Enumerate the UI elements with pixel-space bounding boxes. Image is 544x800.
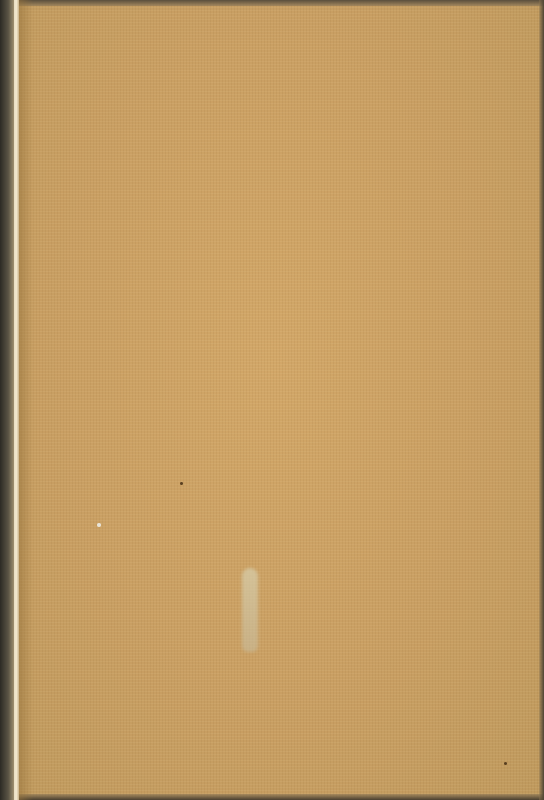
cover-top-edge bbox=[0, 0, 544, 6]
cover-bottom-edge bbox=[0, 794, 544, 800]
spine-shadow bbox=[0, 0, 14, 800]
cover-hinge bbox=[19, 0, 33, 800]
cloth-stain bbox=[242, 568, 258, 652]
cover-right-edge bbox=[539, 0, 544, 800]
dirt-speck bbox=[180, 482, 183, 485]
dirt-speck bbox=[97, 523, 101, 527]
dirt-speck bbox=[504, 762, 507, 765]
book-cover bbox=[0, 0, 544, 800]
